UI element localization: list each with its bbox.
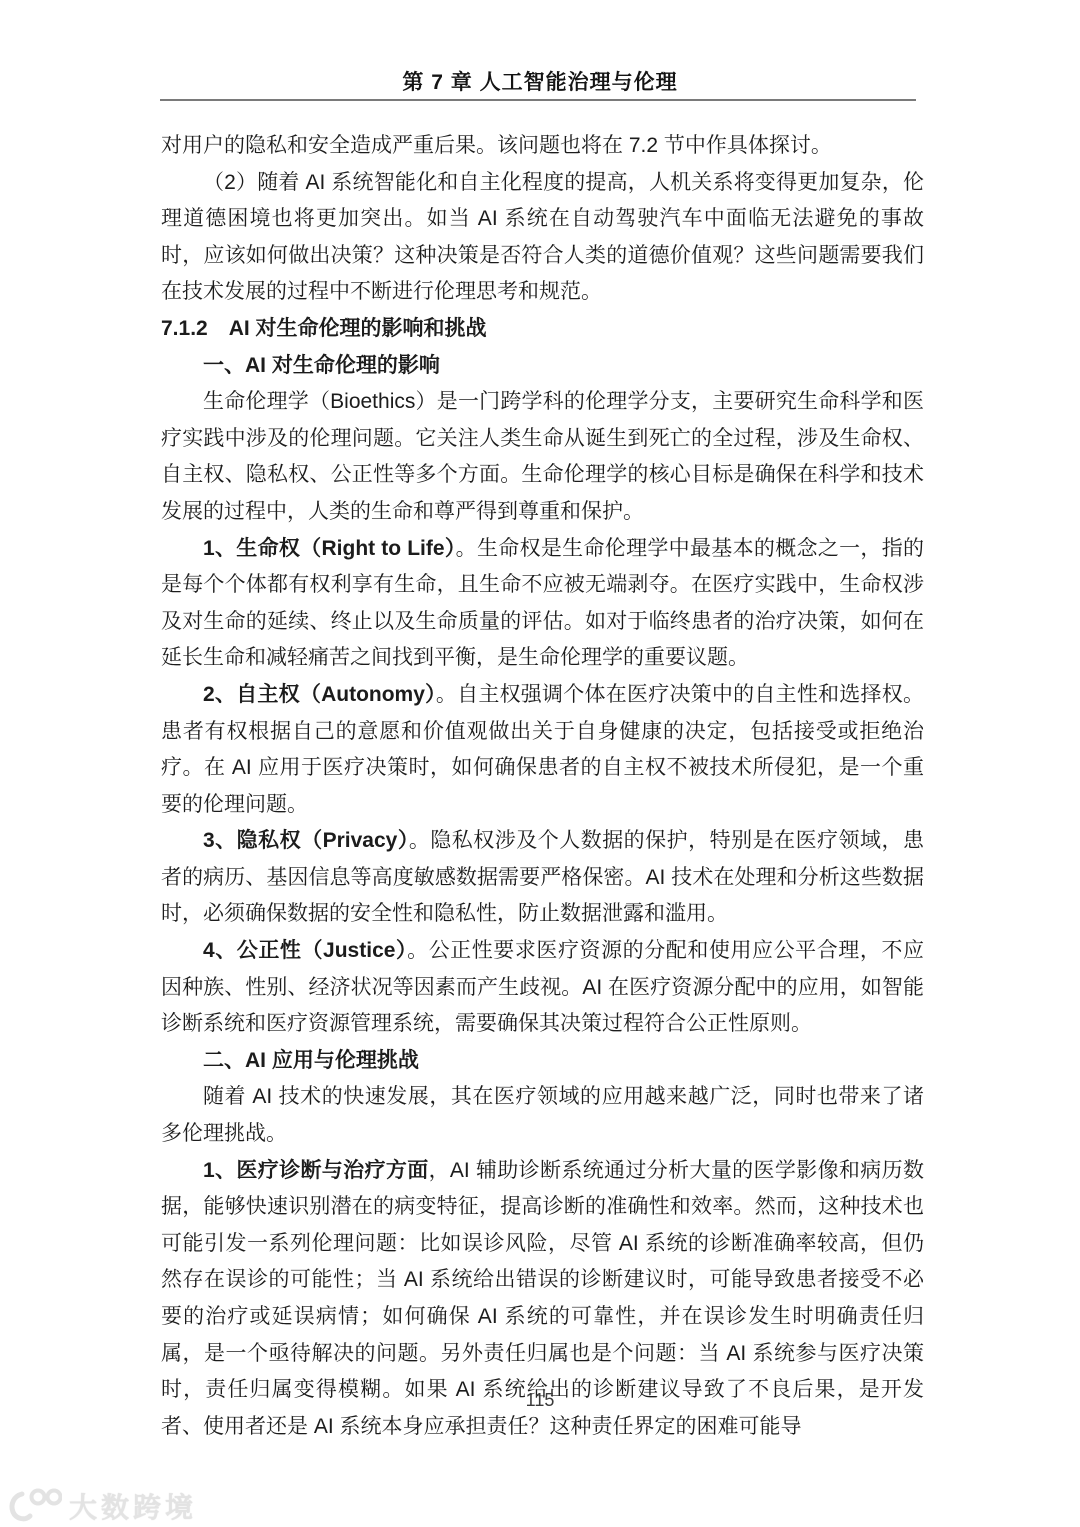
- sub-heading: 二、AI 应用与伦理挑战: [161, 1043, 924, 1080]
- bold-text-run: 3、隐私权（Privacy）: [203, 829, 409, 852]
- paragraph: 4、公正性（Justice）。公正性要求医疗资源的分配和使用应公平合理，不应因种…: [161, 933, 924, 1043]
- brand-watermark-text: 大数跨境: [69, 1486, 197, 1526]
- header-divider: [160, 99, 916, 101]
- page-number: 115: [0, 1390, 1080, 1411]
- text-run: 生命伦理学（Bioethics）是一门跨学科的伦理学分支，主要研究生命科学和医疗…: [161, 390, 924, 523]
- bold-text-run: 7.1.2 AI 对生命伦理的影响和挑战: [161, 317, 487, 340]
- paragraph: 生命伦理学（Bioethics）是一门跨学科的伦理学分支，主要研究生命科学和医疗…: [161, 384, 924, 530]
- paragraph: （2）随着 AI 系统智能化和自主化程度的提高，人机关系将变得更加复杂，伦理道德…: [161, 165, 924, 311]
- text-run: 随着 AI 技术的快速发展，其在医疗领域的应用越来越广泛，同时也带来了诸多伦理挑…: [161, 1085, 924, 1145]
- paragraph: 2、自主权（Autonomy）。自主权强调个体在医疗决策中的自主性和选择权。患者…: [161, 677, 924, 823]
- glasses-logo-icon: [8, 1488, 62, 1524]
- book-page: 第 7 章 人工智能治理与伦理 对用户的隐私和安全造成严重后果。该问题也将在 7…: [0, 0, 1080, 1527]
- text-run: （2）随着 AI 系统智能化和自主化程度的提高，人机关系将变得更加复杂，伦理道德…: [161, 171, 924, 304]
- bold-text-run: 一、AI 对生命伦理的影响: [203, 354, 440, 377]
- chapter-header: 第 7 章 人工智能治理与伦理: [0, 66, 1080, 96]
- continuation-paragraph: 对用户的隐私和安全造成严重后果。该问题也将在 7.2 节中作具体探讨。: [161, 128, 924, 165]
- page-body: 对用户的隐私和安全造成严重后果。该问题也将在 7.2 节中作具体探讨。（2）随着…: [161, 128, 924, 1445]
- section-heading: 7.1.2 AI 对生命伦理的影响和挑战: [161, 311, 924, 348]
- bold-text-run: 1、医疗诊断与治疗方面: [203, 1159, 429, 1182]
- bold-text-run: 1、生命权（Right to Life）: [203, 537, 456, 560]
- bold-text-run: 二、AI 应用与伦理挑战: [203, 1049, 419, 1072]
- brand-watermark: 大数跨境: [8, 1486, 197, 1526]
- paragraph: 3、隐私权（Privacy）。隐私权涉及个人数据的保护，特别是在医疗领域，患者的…: [161, 823, 924, 933]
- bold-text-run: 4、公正性（Justice）: [203, 939, 407, 962]
- bold-text-run: 2、自主权（Autonomy）: [203, 683, 436, 706]
- text-run: 对用户的隐私和安全造成严重后果。该问题也将在 7.2 节中作具体探讨。: [161, 134, 832, 157]
- paragraph: 1、生命权（Right to Life）。生命权是生命伦理学中最基本的概念之一，…: [161, 531, 924, 677]
- sub-heading: 一、AI 对生命伦理的影响: [161, 348, 924, 385]
- paragraph: 随着 AI 技术的快速发展，其在医疗领域的应用越来越广泛，同时也带来了诸多伦理挑…: [161, 1079, 924, 1152]
